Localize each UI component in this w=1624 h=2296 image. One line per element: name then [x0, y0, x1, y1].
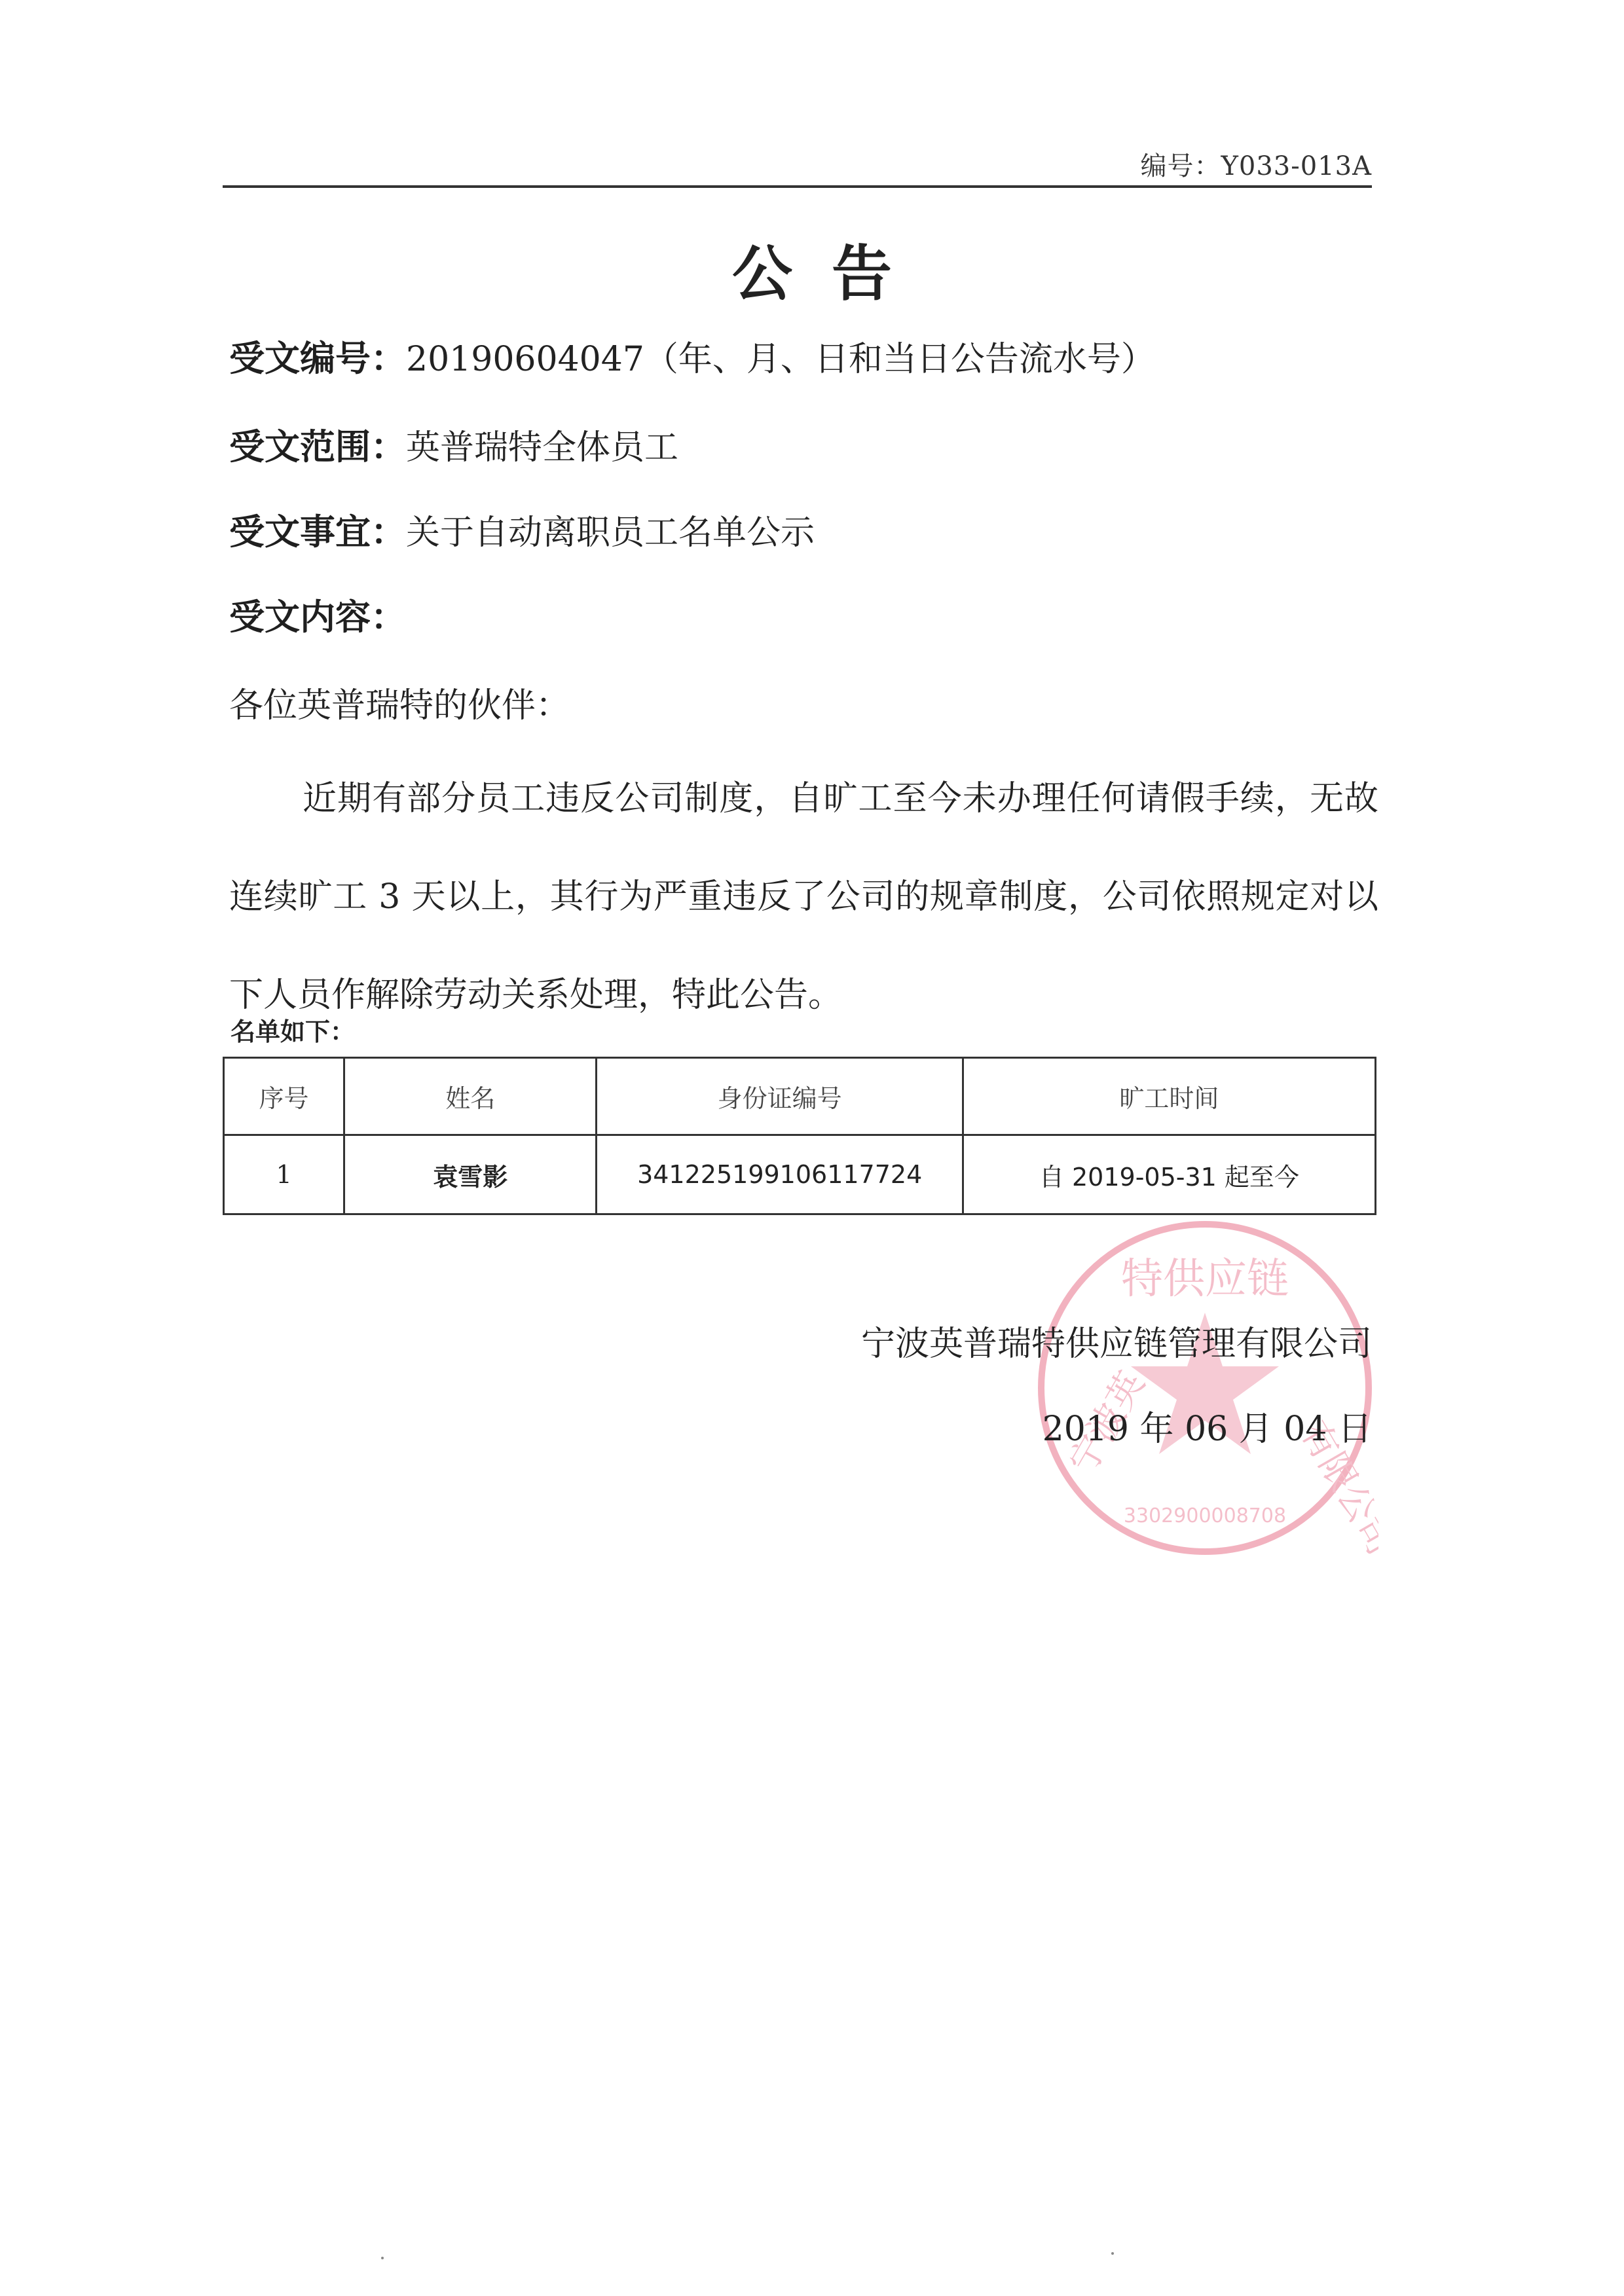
svg-text:特供应链: 特供应链: [1121, 1255, 1289, 1303]
header-rule: [223, 185, 1372, 188]
field-value: 20190604047（年、月、日和当日公告流水号）: [406, 340, 1155, 379]
header-name: 姓名: [344, 1058, 597, 1135]
cell-name: 袁雪影: [344, 1135, 597, 1214]
document-number: 编号：Y033-013A: [1139, 145, 1372, 183]
cell-absence-time: 自 2019-05-31 起至今: [963, 1135, 1375, 1214]
document-number-value: Y033-013A: [1221, 151, 1372, 181]
field-label: 受文编号：: [229, 338, 406, 379]
signature-date: 2019 年 06 月 04 日: [917, 1401, 1372, 1450]
field-content: 受文内容：: [229, 589, 406, 640]
cell-seq: 1: [224, 1135, 344, 1214]
field-scope: 受文范围：英普瑞特全体员工: [229, 419, 678, 469]
body-paragraph: 近期有部分员工违反公司制度，自旷工至今未办理任何请假手续，无故连续旷工 3 天以…: [229, 750, 1378, 1044]
field-label: 受文范围：: [229, 426, 406, 467]
list-label: 名单如下：: [231, 1011, 355, 1048]
field-value: 关于自动离职员工名单公示: [406, 513, 815, 553]
document-number-label: 编号：: [1140, 151, 1221, 181]
greeting: 各位英普瑞特的伙伴：: [229, 678, 570, 727]
cell-id-number: 341225199106117724: [597, 1135, 963, 1214]
field-value: 英普瑞特全体员工: [406, 428, 678, 467]
header-seq: 序号: [224, 1058, 344, 1135]
header-absence-time: 旷工时间: [963, 1058, 1375, 1135]
page-title: 公告: [0, 226, 1624, 312]
field-subject: 受文事宜：关于自动离职员工名单公示: [229, 504, 815, 555]
signature-company: 宁波英普瑞特供应链管理有限公司: [773, 1316, 1372, 1365]
svg-text:3302900008708: 3302900008708: [1124, 1504, 1286, 1527]
field-doc-id: 受文编号：20190604047（年、月、日和当日公告流水号）: [229, 331, 1155, 381]
scan-speck: [381, 2257, 384, 2259]
table-header-row: 序号 姓名 身份证编号 旷工时间: [224, 1058, 1376, 1135]
scan-speck: [1111, 2252, 1114, 2255]
header-id-number: 身份证编号: [597, 1058, 963, 1135]
company-seal-icon: 特供应链 宁波英 有限公司 3302900008708: [1031, 1214, 1378, 1561]
table-row: 1 袁雪影 341225199106117724 自 2019-05-31 起至…: [224, 1135, 1376, 1214]
roster-table: 序号 姓名 身份证编号 旷工时间 1 袁雪影 34122519910611772…: [223, 1057, 1376, 1215]
field-label: 受文事宜：: [229, 511, 406, 553]
field-label: 受文内容：: [229, 596, 406, 638]
